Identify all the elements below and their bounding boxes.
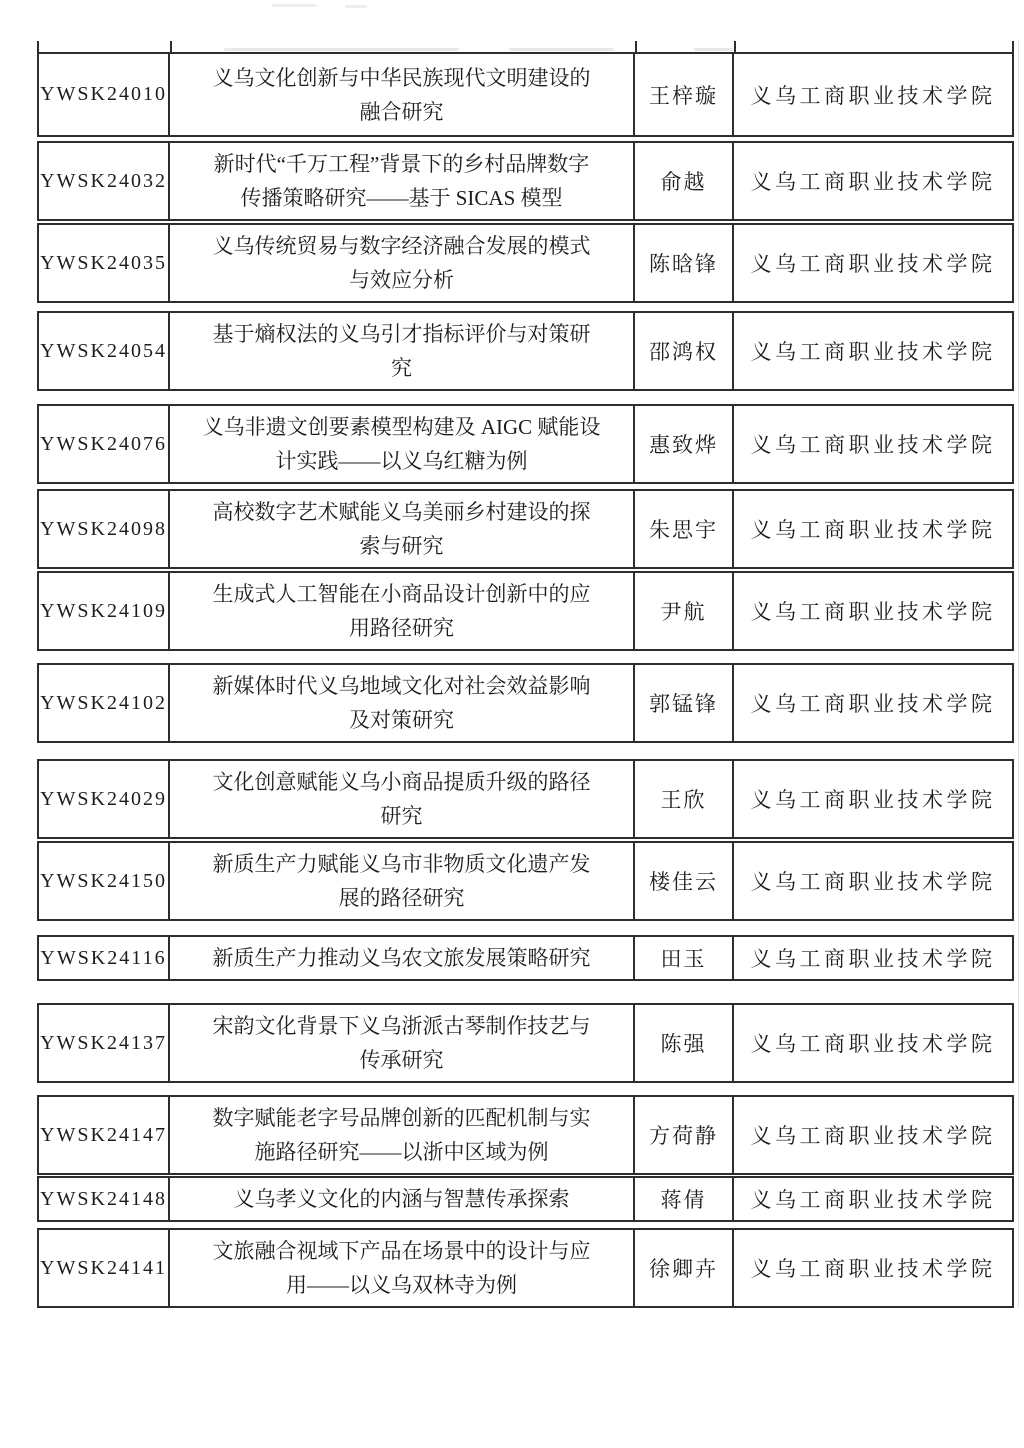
table-row: YWSK24141文旅融合视域下产品在场景中的设计与应 用——以义乌双林寺为例徐…: [37, 1228, 1014, 1308]
project-title-cell: 生成式人工智能在小商品设计创新中的应 用路径研究: [170, 573, 635, 649]
institution-cell: 义乌工商职业技术学院: [734, 937, 1012, 979]
project-title-cell: 文旅融合视域下产品在场景中的设计与应 用——以义乌双林寺为例: [170, 1230, 635, 1306]
project-leader-cell: 徐卿卉: [635, 1230, 734, 1306]
project-leader-cell: 陈晗锋: [635, 225, 734, 301]
table-row: YWSK24116新质生产力推动义乌农文旅发展策略研究田玉义乌工商职业技术学院: [37, 935, 1014, 981]
project-code-cell: YWSK24148: [39, 1178, 170, 1220]
project-code-cell: YWSK24147: [39, 1097, 170, 1173]
document-page: YWSK24010义乌文化创新与中华民族现代文明建设的 融合研究王梓璇义乌工商职…: [0, 0, 1024, 1448]
table-row: YWSK24029文化创意赋能义乌小商品提质升级的路径 研究王欣义乌工商职业技术…: [37, 759, 1014, 839]
column-divider: [170, 41, 172, 52]
project-code-cell: YWSK24098: [39, 491, 170, 567]
project-title-cell: 新时代“千万工程”背景下的乡村品牌数字 传播策略研究——基于 SICAS 模型: [170, 143, 635, 219]
project-code-cell: YWSK24102: [39, 665, 170, 741]
table-row: YWSK24098高校数字艺术赋能义乌美丽乡村建设的探 索与研究朱思宇义乌工商职…: [37, 489, 1014, 569]
project-title-cell: 义乌传统贸易与数字经济融合发展的模式 与效应分析: [170, 225, 635, 301]
project-leader-cell: 方荷静: [635, 1097, 734, 1173]
project-title-cell: 新媒体时代义乌地域文化对社会效益影响 及对策研究: [170, 665, 635, 741]
ghost-text-remnant: [694, 48, 734, 51]
project-title-cell: 新质生产力赋能义乌市非物质文化遗产发 展的路径研究: [170, 843, 635, 919]
project-code-cell: YWSK24032: [39, 143, 170, 219]
project-title-cell: 义乌非遗文创要素模型构建及 AIGC 赋能设 计实践——以义乌红糖为例: [170, 406, 635, 482]
project-leader-cell: 楼佳云: [635, 843, 734, 919]
project-title-cell: 义乌文化创新与中华民族现代文明建设的 融合研究: [170, 54, 635, 135]
projects-table-rows: YWSK24010义乌文化创新与中华民族现代文明建设的 融合研究王梓璇义乌工商职…: [37, 52, 1014, 1308]
project-title-cell: 文化创意赋能义乌小商品提质升级的路径 研究: [170, 761, 635, 837]
table-row: YWSK24109生成式人工智能在小商品设计创新中的应 用路径研究尹航义乌工商职…: [37, 571, 1014, 651]
project-leader-cell: 王欣: [635, 761, 734, 837]
ghost-text-remnant: [224, 48, 459, 51]
project-leader-cell: 郭锰锋: [635, 665, 734, 741]
institution-cell: 义乌工商职业技术学院: [734, 406, 1012, 482]
project-title-cell: 基于熵权法的义乌引才指标评价与对策研 究: [170, 313, 635, 389]
project-leader-cell: 田玉: [635, 937, 734, 979]
project-code-cell: YWSK24141: [39, 1230, 170, 1306]
project-title-cell: 新质生产力推动义乌农文旅发展策略研究: [170, 937, 635, 979]
project-leader-cell: 朱思宇: [635, 491, 734, 567]
project-code-cell: YWSK24010: [39, 54, 170, 135]
column-divider: [635, 41, 637, 52]
project-code-cell: YWSK24137: [39, 1005, 170, 1081]
scan-edge-line: [1018, 41, 1020, 1308]
table-row: YWSK24137宋韵文化背景下义乌浙派古琴制作技艺与 传承研究陈强义乌工商职业…: [37, 1003, 1014, 1083]
ghost-text-remnant: [509, 48, 614, 51]
institution-cell: 义乌工商职业技术学院: [734, 491, 1012, 567]
institution-cell: 义乌工商职业技术学院: [734, 1178, 1012, 1220]
table-row: YWSK24147数字赋能老字号品牌创新的匹配机制与实 施路径研究——以浙中区域…: [37, 1095, 1014, 1175]
table-row: YWSK24035义乌传统贸易与数字经济融合发展的模式 与效应分析陈晗锋义乌工商…: [37, 223, 1014, 303]
project-code-cell: YWSK24150: [39, 843, 170, 919]
column-divider: [734, 41, 736, 52]
project-code-cell: YWSK24116: [39, 937, 170, 979]
project-code-cell: YWSK24054: [39, 313, 170, 389]
table-row: YWSK24148义乌孝义文化的内涵与智慧传承探索蒋倩义乌工商职业技术学院: [37, 1176, 1014, 1222]
institution-cell: 义乌工商职业技术学院: [734, 1005, 1012, 1081]
table-row: YWSK24076义乌非遗文创要素模型构建及 AIGC 赋能设 计实践——以义乌…: [37, 404, 1014, 484]
project-leader-cell: 尹航: [635, 573, 734, 649]
institution-cell: 义乌工商职业技术学院: [734, 54, 1012, 135]
institution-cell: 义乌工商职业技术学院: [734, 573, 1012, 649]
institution-cell: 义乌工商职业技术学院: [734, 1230, 1012, 1306]
institution-cell: 义乌工商职业技术学院: [734, 143, 1012, 219]
project-code-cell: YWSK24076: [39, 406, 170, 482]
table-row: YWSK24054基于熵权法的义乌引才指标评价与对策研 究邵鸿权义乌工商职业技术…: [37, 311, 1014, 391]
table-row: YWSK24032新时代“千万工程”背景下的乡村品牌数字 传播策略研究——基于 …: [37, 141, 1014, 221]
table-row: YWSK24010义乌文化创新与中华民族现代文明建设的 融合研究王梓璇义乌工商职…: [37, 52, 1014, 137]
institution-cell: 义乌工商职业技术学院: [734, 761, 1012, 837]
project-leader-cell: 惠致烨: [635, 406, 734, 482]
project-code-cell: YWSK24029: [39, 761, 170, 837]
project-leader-cell: 陈强: [635, 1005, 734, 1081]
project-code-cell: YWSK24035: [39, 225, 170, 301]
institution-cell: 义乌工商职业技术学院: [734, 843, 1012, 919]
project-leader-cell: 蒋倩: [635, 1178, 734, 1220]
project-title-cell: 义乌孝义文化的内涵与智慧传承探索: [170, 1178, 635, 1220]
institution-cell: 义乌工商职业技术学院: [734, 225, 1012, 301]
table-row: YWSK24102新媒体时代义乌地域文化对社会效益影响 及对策研究郭锰锋义乌工商…: [37, 663, 1014, 743]
truncated-row-sliver: [37, 41, 1014, 52]
institution-cell: 义乌工商职业技术学院: [734, 665, 1012, 741]
project-title-cell: 数字赋能老字号品牌创新的匹配机制与实 施路径研究——以浙中区域为例: [170, 1097, 635, 1173]
project-leader-cell: 邵鸿权: [635, 313, 734, 389]
scan-artifact: [345, 5, 367, 8]
table-row: YWSK24150新质生产力赋能义乌市非物质文化遗产发 展的路径研究楼佳云义乌工…: [37, 841, 1014, 921]
projects-table: YWSK24010义乌文化创新与中华民族现代文明建设的 融合研究王梓璇义乌工商职…: [37, 41, 1014, 1308]
institution-cell: 义乌工商职业技术学院: [734, 1097, 1012, 1173]
project-leader-cell: 俞越: [635, 143, 734, 219]
project-leader-cell: 王梓璇: [635, 54, 734, 135]
project-title-cell: 宋韵文化背景下义乌浙派古琴制作技艺与 传承研究: [170, 1005, 635, 1081]
project-title-cell: 高校数字艺术赋能义乌美丽乡村建设的探 索与研究: [170, 491, 635, 567]
project-code-cell: YWSK24109: [39, 573, 170, 649]
scan-artifact: [272, 4, 316, 7]
institution-cell: 义乌工商职业技术学院: [734, 313, 1012, 389]
